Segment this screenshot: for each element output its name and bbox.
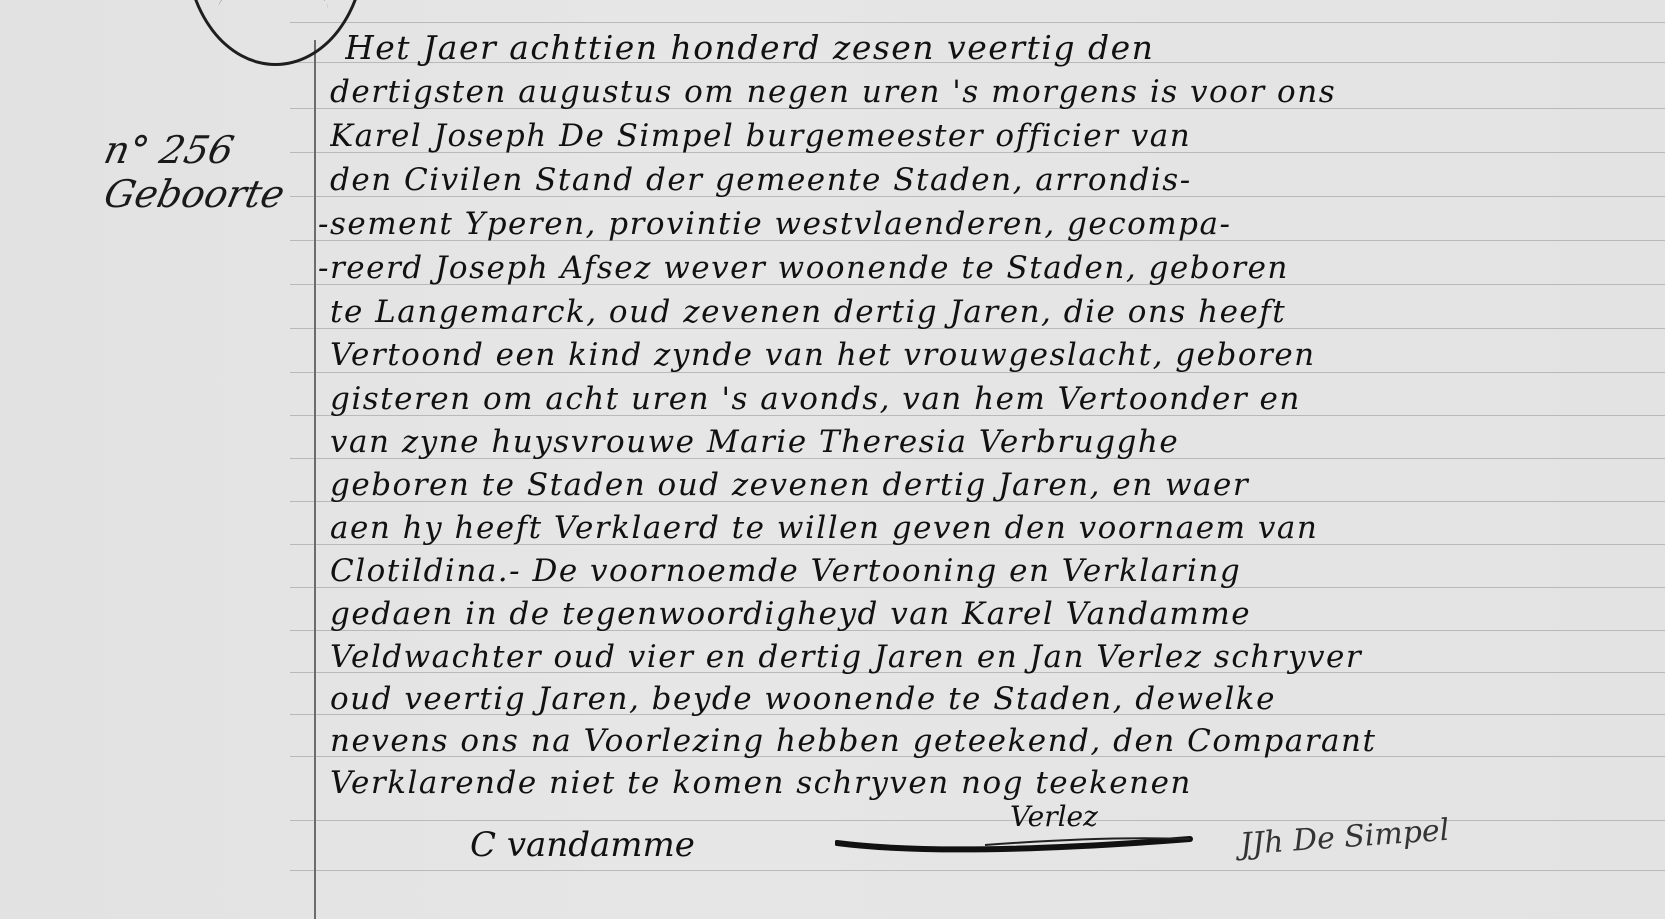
signature-vandamme: C vandamme (470, 825, 695, 865)
ruled-line (290, 820, 1665, 821)
body-line: dertigsten augustus om negen uren 's mor… (330, 74, 1595, 110)
signature-verlez: Verlez (1010, 800, 1098, 833)
body-line: Veldwachter oud vier en dertig Jaren en … (330, 639, 1595, 675)
body-line: gisteren om acht uren 's avonds, van hem… (330, 381, 1595, 417)
body-line: Clotildina.- De voornoemde Vertooning en… (330, 553, 1595, 589)
body-line: gedaen in de tegenwoordigheyd van Karel … (330, 596, 1595, 632)
ruled-line (290, 870, 1665, 871)
entry-number: n° 256 (100, 128, 237, 172)
seal-ornament (218, 0, 328, 35)
body-line: Karel Joseph De Simpel burgemeester offi… (330, 118, 1595, 154)
ruled-line (290, 22, 1665, 23)
embossed-seal (185, 0, 366, 66)
body-line: Het Jaer achttien honderd zesen veertig … (345, 28, 1595, 67)
signature-flourish (835, 835, 1195, 855)
body-line: aen hy heeft Verklaerd te willen geven d… (330, 510, 1595, 546)
body-line: Verklarende niet te komen schryven nog t… (330, 765, 1595, 801)
register-page: n° 256 Geboorte Het Jaer achttien honder… (0, 0, 1665, 919)
body-line: te Langemarck, oud zevenen dertig Jaren,… (330, 294, 1595, 330)
body-line: Vertoond een kind zynde van het vrouwges… (330, 337, 1595, 373)
body-line: -sement Yperen, provintie westvlaenderen… (318, 206, 1595, 242)
entry-type: Geboorte (100, 172, 288, 216)
body-line: den Civilen Stand der gemeente Staden, a… (330, 162, 1595, 198)
body-line: van zyne huysvrouwe Marie Theresia Verbr… (330, 424, 1595, 460)
body-line: nevens ons na Voorlezing hebben geteeken… (330, 723, 1595, 759)
margin-rule (314, 40, 316, 919)
body-line: oud veertig Jaren, beyde woonende te Sta… (330, 681, 1595, 717)
body-line: geboren te Staden oud zevenen dertig Jar… (330, 467, 1595, 503)
body-line: -reerd Joseph Afsez wever woonende te St… (318, 250, 1595, 286)
